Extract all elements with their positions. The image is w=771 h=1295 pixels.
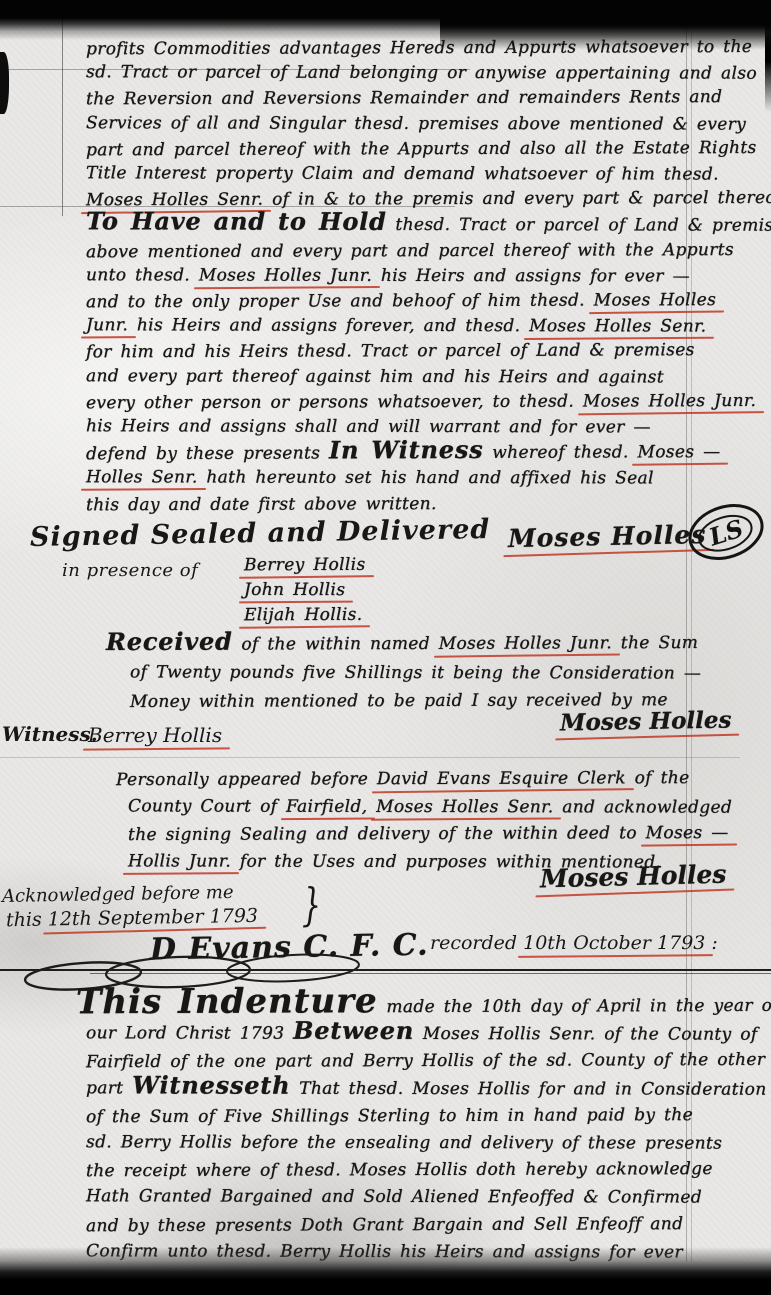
indenture-opening-text: This Indenture made the 10th day of Apri… [76,988,771,1266]
handwritten-text: and by these presents Doth Grant Bargain… [86,1214,683,1236]
text-line: of Twenty pounds five Shillings it being… [130,658,701,688]
receipt-signature: Moses Holles [560,707,732,737]
deed-continuation-text: profits Commodities advantages Hereds an… [86,36,771,517]
recorded-prefix: recorded [430,932,523,954]
handwritten-text: of Twenty pounds five Shillings it being… [130,662,701,683]
red-underlined-name: Elijah Hollis. [244,605,363,625]
handwritten-text: this day and date first above written. [86,494,437,515]
handwritten-text: of the [626,768,690,788]
text-line: This Indenture made the 10th day of Apri… [76,987,771,1023]
witness-list: Berrey HollisJohn HollisElijah Hollis. [244,553,366,629]
scan-dark-band-bottom [0,1247,771,1295]
handwritten-text: and to the only proper Use and behoof of… [86,291,594,313]
handwritten-text: In Witness [329,435,484,465]
text-line: the signing Sealing and delivery of the … [128,820,732,850]
clerk-signature: D Evans C. F. C. [150,928,429,968]
handwritten-text: and every part thereof against him and h… [86,366,664,387]
recorded-suffix: : [705,932,717,954]
handwritten-text: the Sum [612,633,698,653]
ruled-line [0,757,740,758]
handwritten-text: defend by these presents [86,444,329,465]
handwritten-text: for him and his Heirs thesd. Tract or pa… [86,341,695,363]
text-line: County Court of Fairfield, Moses Holles … [128,793,732,822]
record-separator-line-2 [90,973,771,974]
text-line: Junr. his Heirs and assigns forever, and… [86,313,771,340]
red-underlined-name: Moses Holles Senr. [529,316,706,336]
handwritten-text: part [86,1078,132,1098]
text-line: part Witnesseth That thesd. Moses Hollis… [86,1075,771,1104]
red-underlined-name: Holles Senr. [86,468,198,488]
red-underlined-name: Moses Holles Senr. [376,796,553,816]
text-line: and to the only proper Use and behoof of… [86,288,771,316]
text-line: and every part thereof against him and h… [86,364,771,391]
text-line: John Hollis [244,578,366,603]
text-line: Services of all and Singular thesd. prem… [86,111,771,138]
handwritten-text: thesd. Tract or parcel of Land & premise… [387,215,771,236]
handwritten-text: Personally appeared before [116,769,377,790]
record-separator-line [0,969,771,971]
handwritten-text: Between [293,1016,414,1045]
handwritten-text: Received [106,627,233,656]
text-line: for him and his Heirs thesd. Tract or pa… [86,338,771,366]
text-line: Received of the within named Moses Holle… [106,629,701,660]
page-edge-ink-blob [0,52,9,114]
witness-label: Witness. [2,722,98,746]
recorded-note: recorded 10th October 1793 : [430,932,718,954]
receipt-block: Received of the within named Moses Holle… [106,630,701,716]
handwritten-text: the Reversion and Reversions Remainder a… [86,87,722,109]
handwritten-text: above mentioned and every part and parce… [86,240,734,262]
text-line: part and parcel thereof with the Appurts… [86,136,771,164]
acknowledgment-signature: Moses Holles [540,860,727,894]
red-underlined-name: Moses Holles Junr. [199,265,372,285]
handwritten-text: County Court of [128,796,286,816]
handwritten-text: sd. Berry Hollis before the ensealing an… [86,1132,722,1153]
text-line: Elijah Hollis. [244,603,366,629]
text-line: Title Interest property Claim and demand… [86,161,771,188]
in-presence-of-label: in presence of [62,560,198,581]
text-line: Holles Senr. hath hereunto set his hand … [86,466,771,493]
text-line: the Reversion and Reversions Remainder a… [86,85,771,113]
red-underlined-name: Berrey Hollis [244,555,366,575]
handwritten-text: Hath Granted Bargained and Sold Aliened … [86,1187,702,1208]
handwritten-text: Witnesseth [132,1070,290,1099]
handwritten-text: of the within named [233,634,439,655]
red-underlined-name: Hollis Junr. [128,851,231,871]
text-line: unto thesd. Moses Holles Junr. his Heirs… [86,263,771,290]
handwritten-text: his Heirs and assigns for ever — [372,266,690,287]
red-underlined-name: David Evans Esquire Clerk [377,768,626,789]
red-underlined-name: Junr. [86,315,128,335]
acknowledgment-block: Personally appeared before David Evans E… [116,766,732,876]
grantor-signature: Moses Holles [508,520,707,553]
red-underlined-name: Moses Holles [594,290,717,310]
text-line: this day and date first above written. [86,490,771,518]
handwritten-text: part and parcel thereof with the Appurts… [86,138,757,160]
handwritten-text: unto thesd. [86,265,199,285]
handwritten-text: the receipt where of thesd. Moses Hollis… [86,1159,713,1181]
witness-name: Berrey Hollis [88,723,222,747]
text-line: every other person or persons whatsoever… [86,389,771,417]
text-line: Hath Granted Bargained and Sold Aliened … [86,1184,771,1213]
acknowledgment-date: 12th September 1793 [48,905,259,931]
text-line: above mentioned and every part and parce… [86,237,771,265]
handwritten-text: of the Sum of Five Shillings Sterling to… [86,1105,693,1127]
handwritten-text: Moses Hollis Senr. of the County of [414,1024,758,1045]
signed-sealed-delivered-label: Signed Sealed and Delivered [30,514,491,553]
red-underlined-name: Moses — [637,442,720,462]
handwritten-text: made the 10th day of April in the year o… [378,996,771,1017]
recorded-date: 10th October 1793 [523,932,705,954]
scan-dark-band-top-right [440,0,771,50]
text-line: To Have and to Hold thesd. Tract or parc… [86,212,771,240]
acknowledged-before-me-label: Acknowledged before me [2,882,234,907]
handwritten-text: whereof thesd. [483,443,637,464]
text-line: defend by these presents In Witness wher… [86,439,771,468]
handwritten-text: his Heirs and assigns shall and will war… [86,416,651,437]
brace-glyph: } [302,879,321,932]
handwritten-text [367,796,376,816]
text-line: our Lord Christ 1793 Between Moses Holli… [86,1020,771,1049]
text-line: sd. Tract or parcel of Land belonging or… [86,60,771,87]
handwritten-text: sd. Tract or parcel of Land belonging or… [86,62,757,83]
red-underlined-name: Moses Holles Junr. [439,633,612,654]
text-line: and by these presents Doth Grant Bargain… [86,1210,771,1240]
scanned-deed-page: profits Commodities advantages Hereds an… [0,0,771,1295]
text-line: sd. Berry Hollis before the ensealing an… [86,1129,771,1158]
text-line: Berrey Hollis [244,553,366,579]
text-line: Personally appeared before David Evans E… [116,765,732,795]
svg-text:LS: LS [704,513,746,551]
handwritten-text: hath hereunto set his hand and affixed h… [198,468,654,489]
handwritten-text: our Lord Christ 1793 [86,1023,293,1043]
red-underlined-name: Moses — [646,823,729,843]
seal-icon: LS [684,492,768,576]
handwritten-text: every other person or persons whatsoever… [86,391,583,413]
handwritten-text: and acknowledged [553,797,732,817]
handwritten-text: his Heirs and assigns forever, and thesd… [128,316,529,337]
handwritten-text: Fairfield of the one part and Berry Holl… [86,1050,765,1072]
handwritten-text: That thesd. Moses Hollis for and in Cons… [290,1078,766,1099]
red-underlined-name: Moses Holles Junr. [583,391,756,412]
handwritten-text: Title Interest property Claim and demand… [86,163,719,184]
text-line: the receipt where of thesd. Moses Hollis… [86,1156,771,1186]
red-underlined-name: John Hollis [244,580,345,600]
handwritten-text: To Have and to Hold [86,207,387,237]
handwritten-text: the signing Sealing and delivery of the … [128,823,646,845]
red-underlined-name: Fairfield, [286,796,367,816]
text-line: of the Sum of Five Shillings Sterling to… [86,1102,771,1132]
handwritten-text: Services of all and Singular thesd. prem… [86,113,746,134]
